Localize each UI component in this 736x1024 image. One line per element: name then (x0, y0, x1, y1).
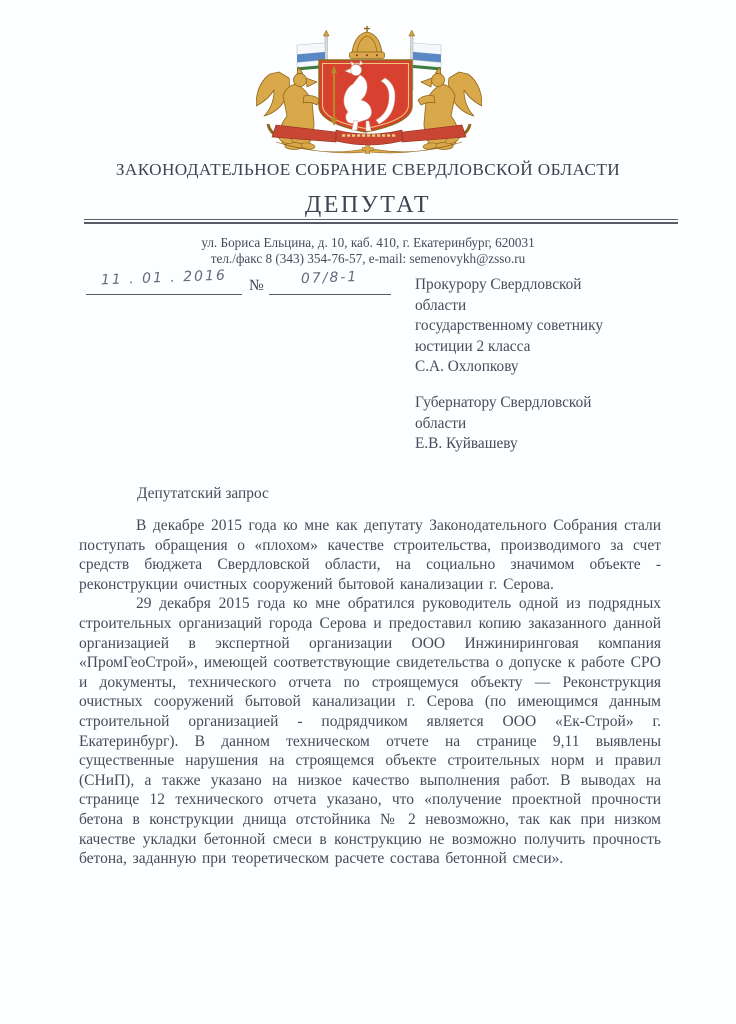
coat-of-arms-sverdlovsk-oblast (256, 22, 482, 154)
recipient-governor: Губернатору Свердловской области Е.В. Ку… (415, 393, 603, 455)
imperial-crown-icon (350, 26, 385, 59)
letterhead-title: ДЕПУТАТ (0, 192, 736, 219)
number-sign: № (249, 277, 264, 295)
recipient-line: государственному советнику (415, 316, 603, 337)
paragraph: 29 декабря 2015 года ко мне обратился ру… (79, 594, 661, 868)
recipient-line: области (415, 296, 603, 317)
paragraph: В декабре 2015 года ко мне как депутату … (79, 516, 661, 594)
recipient-line: области (415, 414, 603, 435)
letter-body: В декабре 2015 года ко мне как депутату … (79, 516, 661, 869)
contact-line: тел./факс 8 (343) 354-76-57, e-mail: sem… (0, 251, 736, 267)
organization-name: ЗАКОНОДАТЕЛЬНОЕ СОБРАНИЕ СВЕРДЛОВСКОЙ ОБ… (0, 160, 736, 180)
handwritten-number: 07/8-1 (301, 269, 359, 287)
recipient-prosecutor: Прокурору Свердловской области государст… (415, 275, 603, 378)
handwritten-date: 11 . 01 . 2016 (101, 268, 227, 289)
date-field: 11 . 01 . 2016 (86, 272, 242, 295)
recipient-block: Прокурору Свердловской области государст… (415, 275, 603, 455)
recipient-line: Губернатору Свердловской (415, 393, 603, 414)
address-line: ул. Бориса Ельцина, д. 10, каб. 410, г. … (0, 235, 736, 251)
document-page: ЗАКОНОДАТЕЛЬНОЕ СОБРАНИЕ СВЕРДЛОВСКОЙ ОБ… (0, 0, 736, 1024)
recipient-line: юстиции 2 класса (415, 337, 603, 358)
recipient-line: С.А. Охлопкову (415, 357, 603, 378)
letter-subject: Депутатский запрос (137, 485, 269, 503)
recipient-line: Прокурору Свердловской (415, 275, 603, 296)
recipient-line: Е.В. Куйвашеву (415, 434, 603, 455)
reference-row: 11 . 01 . 2016№07/8-1 (86, 272, 391, 295)
number-field: 07/8-1 (269, 272, 391, 295)
header-divider (84, 219, 678, 224)
